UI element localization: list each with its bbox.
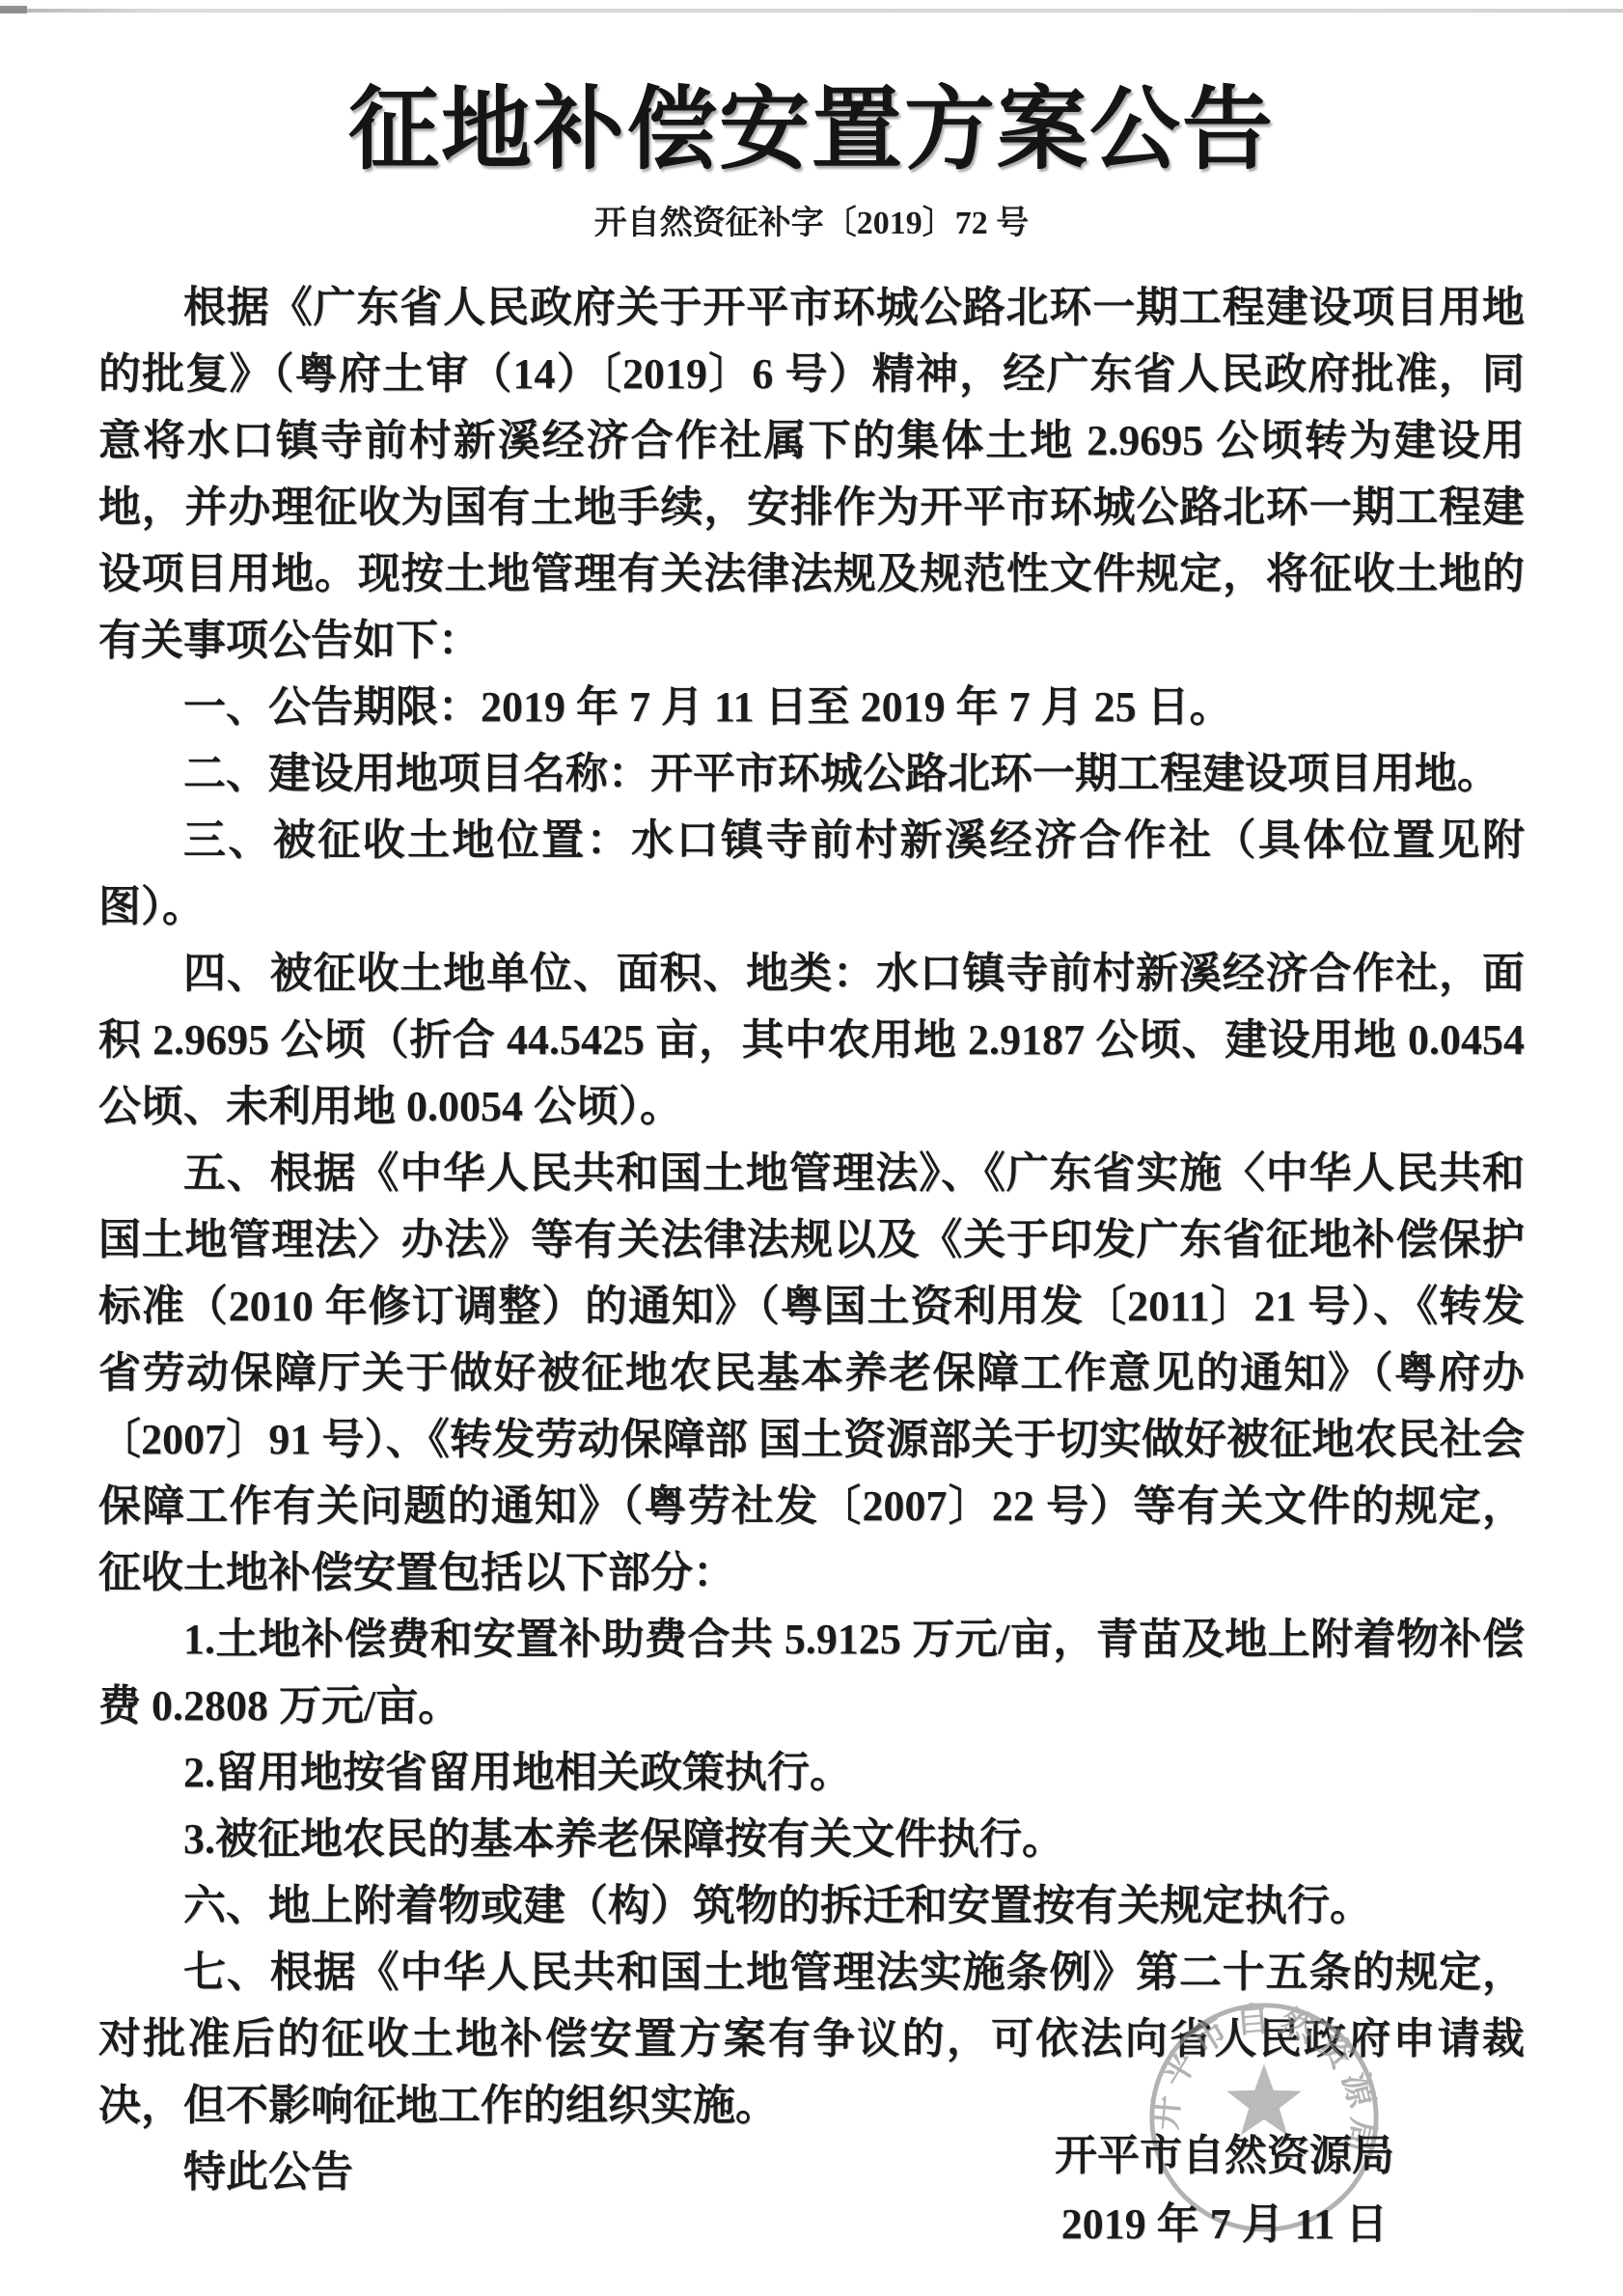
item-2-project-name: 二、建设用地项目名称：开平市环城公路北环一期工程建设项目用地。 [98, 740, 1525, 807]
signature-date: 2019 年 7 月 11 日 [1055, 2190, 1394, 2258]
item-4-land-unit-area: 四、被征收土地单位、面积、地类：水口镇寺前村新溪经济合作社，面积 2.9695 … [98, 940, 1525, 1140]
subitem-3-pension: 3.被征地农民的基本养老保障按有关文件执行。 [98, 1806, 1525, 1872]
page-title: 征地补偿安置方案公告 [0, 73, 1623, 187]
subitem-2-reserved-land: 2.留用地按省留用地相关政策执行。 [98, 1739, 1525, 1806]
item-6-attachments: 六、地上附着物或建（构）筑物的拆迁和安置按有关规定执行。 [98, 1872, 1525, 1939]
item-7-dispute: 七、根据《中华人民共和国土地管理法实施条例》第二十五条的规定，对批准后的征收土地… [98, 1939, 1525, 2139]
announcement-page: 征地补偿安置方案公告 开自然资征补字〔2019〕72 号 根据《广东省人民政府关… [0, 0, 1623, 2296]
scan-artifact-line [0, 9, 1623, 13]
paragraph-intro: 根据《广东省人民政府关于开平市环城公路北环一期工程建设项目用地的批复》（粤府土审… [98, 274, 1525, 674]
scan-artifact-mark [0, 6, 27, 14]
subitem-1-compensation-fee: 1.土地补偿费和安置补助费合共 5.9125 万元/亩，青苗及地上附着物补偿费 … [98, 1606, 1525, 1739]
signature-block: 开平市自然资源局 2019 年 7 月 11 日 [1055, 2121, 1394, 2258]
document-body: 根据《广东省人民政府关于开平市环城公路北环一期工程建设项目用地的批复》（粤府土审… [98, 274, 1525, 2205]
doc-number: 开自然资征补字〔2019〕72 号 [0, 199, 1623, 249]
item-3-land-location: 三、被征收土地位置：水口镇寺前村新溪经济合作社（具体位置见附图）。 [98, 807, 1525, 940]
item-5-legal-basis: 五、根据《中华人民共和国土地管理法》、《广东省实施〈中华人民共和国土地管理法〉办… [98, 1140, 1525, 1606]
item-1-notice-period: 一、公告期限：2019 年 7 月 11 日至 2019 年 7 月 25 日。 [98, 674, 1525, 740]
signature-agency: 开平市自然资源局 [1055, 2121, 1394, 2190]
